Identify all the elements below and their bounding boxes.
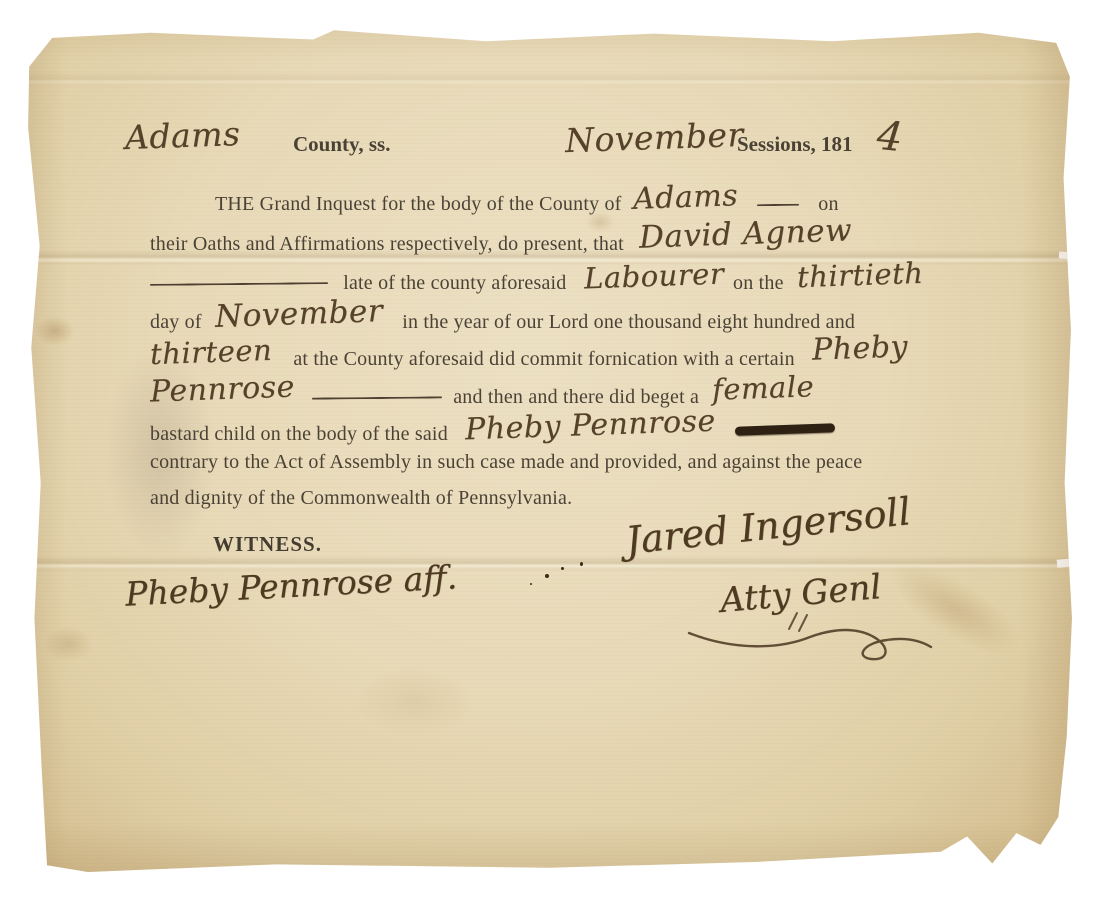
year-word-handwritten: thirteen [149,333,272,371]
session-year-digit-handwritten: 4 [875,113,906,161]
body-line-9: and dignity of the Commonwealth of Penns… [150,487,572,510]
mother-surname-handwritten: Pennrose [149,369,295,409]
defendant-name-handwritten: David Agnew [639,212,853,255]
body-line-1: THE Grand Inquest for the body of the Co… [215,183,839,218]
short-ink-dash [757,204,799,206]
line4-printed-a: day of [150,311,202,333]
fold-crease-top [25,72,1073,88]
edge-tear-lower [1057,558,1076,568]
line7-printed-a: bastard child on the body of the said [150,423,448,445]
line3-printed-b: on the [733,272,784,294]
blank-rule-line [150,282,328,286]
stain-bottom-center [355,666,475,736]
ink-speck [530,583,532,585]
ink-speck [545,574,549,578]
witness-signature: Pheby Pennrose aff. [124,557,458,613]
body-line-7: bastard child on the body of the said Ph… [150,413,835,448]
mother-firstname-handwritten: Pheby [811,329,908,367]
child-sex-handwritten: female [712,369,815,407]
sessions-label-printed: Sessions, 181 [737,132,853,157]
line1-printed-end: on [818,193,838,215]
attorney-signature: Jared Ingersoll [623,489,912,563]
occupation-handwritten: Labourer [583,257,724,296]
county-name-handwritten: Adams [124,114,241,157]
stain-left-edge [35,316,75,346]
body-line-2: their Oaths and Affirmations respectivel… [150,222,852,258]
line3-printed-a: late of the county aforesaid [343,272,566,294]
line5-printed-a: at the County aforesaid did commit forni… [293,348,795,370]
photo-stage: Adams County, ss. November Sessions, 181… [0,0,1100,900]
body-line-8: contrary to the Act of Assembly in such … [150,451,862,474]
document-paper: Adams County, ss. November Sessions, 181… [25,26,1073,872]
blank-rule-line [312,396,442,399]
witness-label-printed: WITNESS. [213,532,322,557]
line1-county-handwritten: Adams [632,178,738,217]
body-line-4: day of November in the year of our Lord … [150,300,855,336]
signature-flourish [685,611,935,671]
heavy-ink-stroke [735,423,835,435]
day-ordinal-handwritten: thirtieth [796,256,924,294]
line4-printed-b: in the year of our Lord one thousand eig… [402,311,855,333]
county-label-printed: County, ss. [293,132,390,157]
ink-speck [561,567,564,570]
line8-printed-text: contrary to the Act of Assembly in such … [150,451,862,473]
line2-printed-text: their Oaths and Affirmations respectivel… [150,233,624,255]
edge-tear-upper [1059,251,1075,259]
mother-fullname-handwritten: Pheby Pennrose [465,404,717,448]
session-month-handwritten: November [564,115,744,160]
fold-crease-lower [25,556,1073,572]
ink-speck [580,562,583,566]
line9-printed-text: and dignity of the Commonwealth of Penns… [150,487,572,509]
month-handwritten: November [214,293,383,335]
body-line-3: late of the county aforesaid Labourer on… [150,262,923,296]
line1-printed-text: THE Grand Inquest for the body of the Co… [215,193,622,215]
body-line-5: thirteen at the County aforesaid did com… [150,338,908,373]
stain-left-lower [43,626,93,662]
